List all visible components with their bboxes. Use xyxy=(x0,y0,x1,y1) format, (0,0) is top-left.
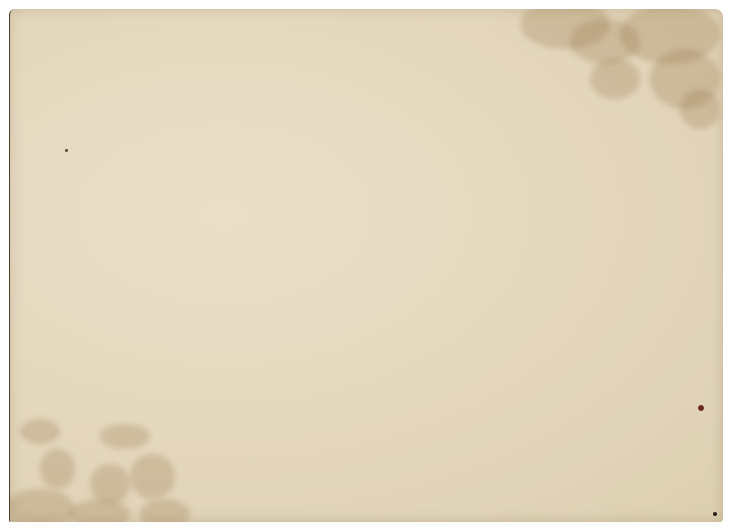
handwritten-location: Tallinn, Estonia. xyxy=(110,39,471,90)
handwriting: Tallinn, Estonia. Jan. 9, 1926. xyxy=(10,9,723,522)
handwritten-date: Jan. 9, 1926. xyxy=(142,114,432,165)
postcard-back: Tallinn, Estonia. Jan. 9, 1926. xyxy=(9,9,723,522)
